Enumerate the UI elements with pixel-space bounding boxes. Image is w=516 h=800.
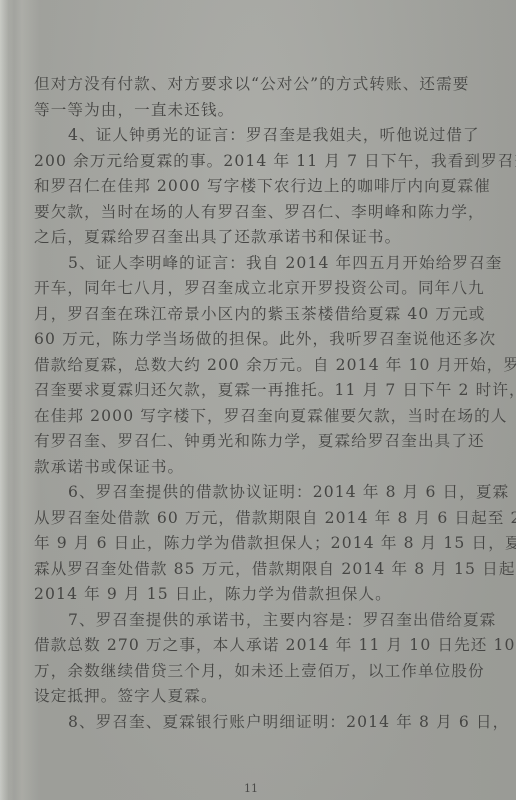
paragraph-continuation: 但对方没有付款、对方要求以“公对公”的方式转账、还需要 等一等为由，一直未还钱。 (34, 72, 454, 123)
text-line: 月，罗召奎在珠江帝景小区内的紫玉茶楼借给夏霖 40 万元或 (34, 302, 454, 328)
text-line: 从罗召奎处借款 60 万元，借款期限自 2014 年 8 月 6 日起至 201… (34, 506, 454, 532)
text-line: 4、证人钟勇光的证言：罗召奎是我姐夫，听他说过借了 (34, 123, 454, 149)
text-line: 霖从罗召奎处借款 85 万元，借款期限自 2014 年 8 月 15 日起至 (34, 557, 454, 583)
text-line: 6、罗召奎提供的借款协议证明：2014 年 8 月 6 日，夏霖 (34, 480, 454, 506)
text-line: 万，余数继续借贷三个月，如未还上壹佰万，以工作单位股份 (34, 659, 454, 685)
page-number: 11 (244, 782, 258, 795)
text-line: 5、证人李明峰的证言：我自 2014 年四五月开始给罗召奎 (34, 251, 454, 277)
text-line: 有罗召奎、罗召仁、钟勇光和陈力学，夏霖给罗召奎出具了还 (34, 429, 454, 455)
text-line: 召奎要求夏霖归还欠款，夏霖一再推托。11 月 7 日下午 2 时许， (34, 378, 454, 404)
text-line: 等一等为由，一直未还钱。 (34, 98, 454, 124)
text-line: 和罗召仁在佳邦 2000 写字楼下农行边上的咖啡厅内向夏霖催 (34, 174, 454, 200)
text-line: 60 万元，陈力学当场做的担保。此外，我听罗召奎说他还多次 (34, 327, 454, 353)
text-line: 7、罗召奎提供的承诺书，主要内容是：罗召奎出借给夏霖 (34, 608, 454, 634)
paragraph-8-bank-records: 8、罗召奎、夏霖银行账户明细证明：2014 年 8 月 6 日， (34, 710, 454, 736)
paragraph-7-promissory-note: 7、罗召奎提供的承诺书，主要内容是：罗召奎出借给夏霖 借款总数 270 万之事，… (34, 608, 454, 710)
paragraph-6-loan-agreement: 6、罗召奎提供的借款协议证明：2014 年 8 月 6 日，夏霖 从罗召奎处借款… (34, 480, 454, 608)
document-body: 但对方没有付款、对方要求以“公对公”的方式转账、还需要 等一等为由，一直未还钱。… (34, 72, 454, 735)
text-line: 2014 年 9 月 15 日止，陈力学为借款担保人。 (34, 582, 454, 608)
text-line: 之后，夏霖给罗召奎出具了还款承诺书和保证书。 (34, 225, 454, 251)
text-line: 年 9 月 6 日止，陈力学为借款担保人；2014 年 8 月 15 日，夏 (34, 531, 454, 557)
binding-shadow (0, 0, 14, 800)
text-line: 开车，同年七八月，罗召奎成立北京开罗投资公司。同年八九 (34, 276, 454, 302)
text-line: 但对方没有付款、对方要求以“公对公”的方式转账、还需要 (34, 72, 454, 98)
text-line: 借款总数 270 万之事，本人承诺 2014 年 11 月 10 日先还 100 (34, 633, 454, 659)
paragraph-5-witness-li: 5、证人李明峰的证言：我自 2014 年四五月开始给罗召奎 开车，同年七八月，罗… (34, 251, 454, 481)
text-line: 要欠款，当时在场的人有罗召奎、罗召仁、李明峰和陈力学， (34, 200, 454, 226)
text-line: 借款给夏霖，总数大约 200 余万元。自 2014 年 10 月开始，罗 (34, 353, 454, 379)
text-line: 8、罗召奎、夏霖银行账户明细证明：2014 年 8 月 6 日， (34, 710, 454, 736)
paragraph-4-witness-zhong: 4、证人钟勇光的证言：罗召奎是我姐夫，听他说过借了 200 余万元给夏霖的事。2… (34, 123, 454, 251)
text-line: 设定抵押。签字人夏霖。 (34, 684, 454, 710)
text-line: 200 余万元给夏霖的事。2014 年 11 月 7 日下午，我看到罗召奎 (34, 149, 454, 175)
text-line: 款承诺书或保证书。 (34, 455, 454, 481)
text-line: 在佳邦 2000 写字楼下，罗召奎向夏霖催要欠款，当时在场的人 (34, 404, 454, 430)
